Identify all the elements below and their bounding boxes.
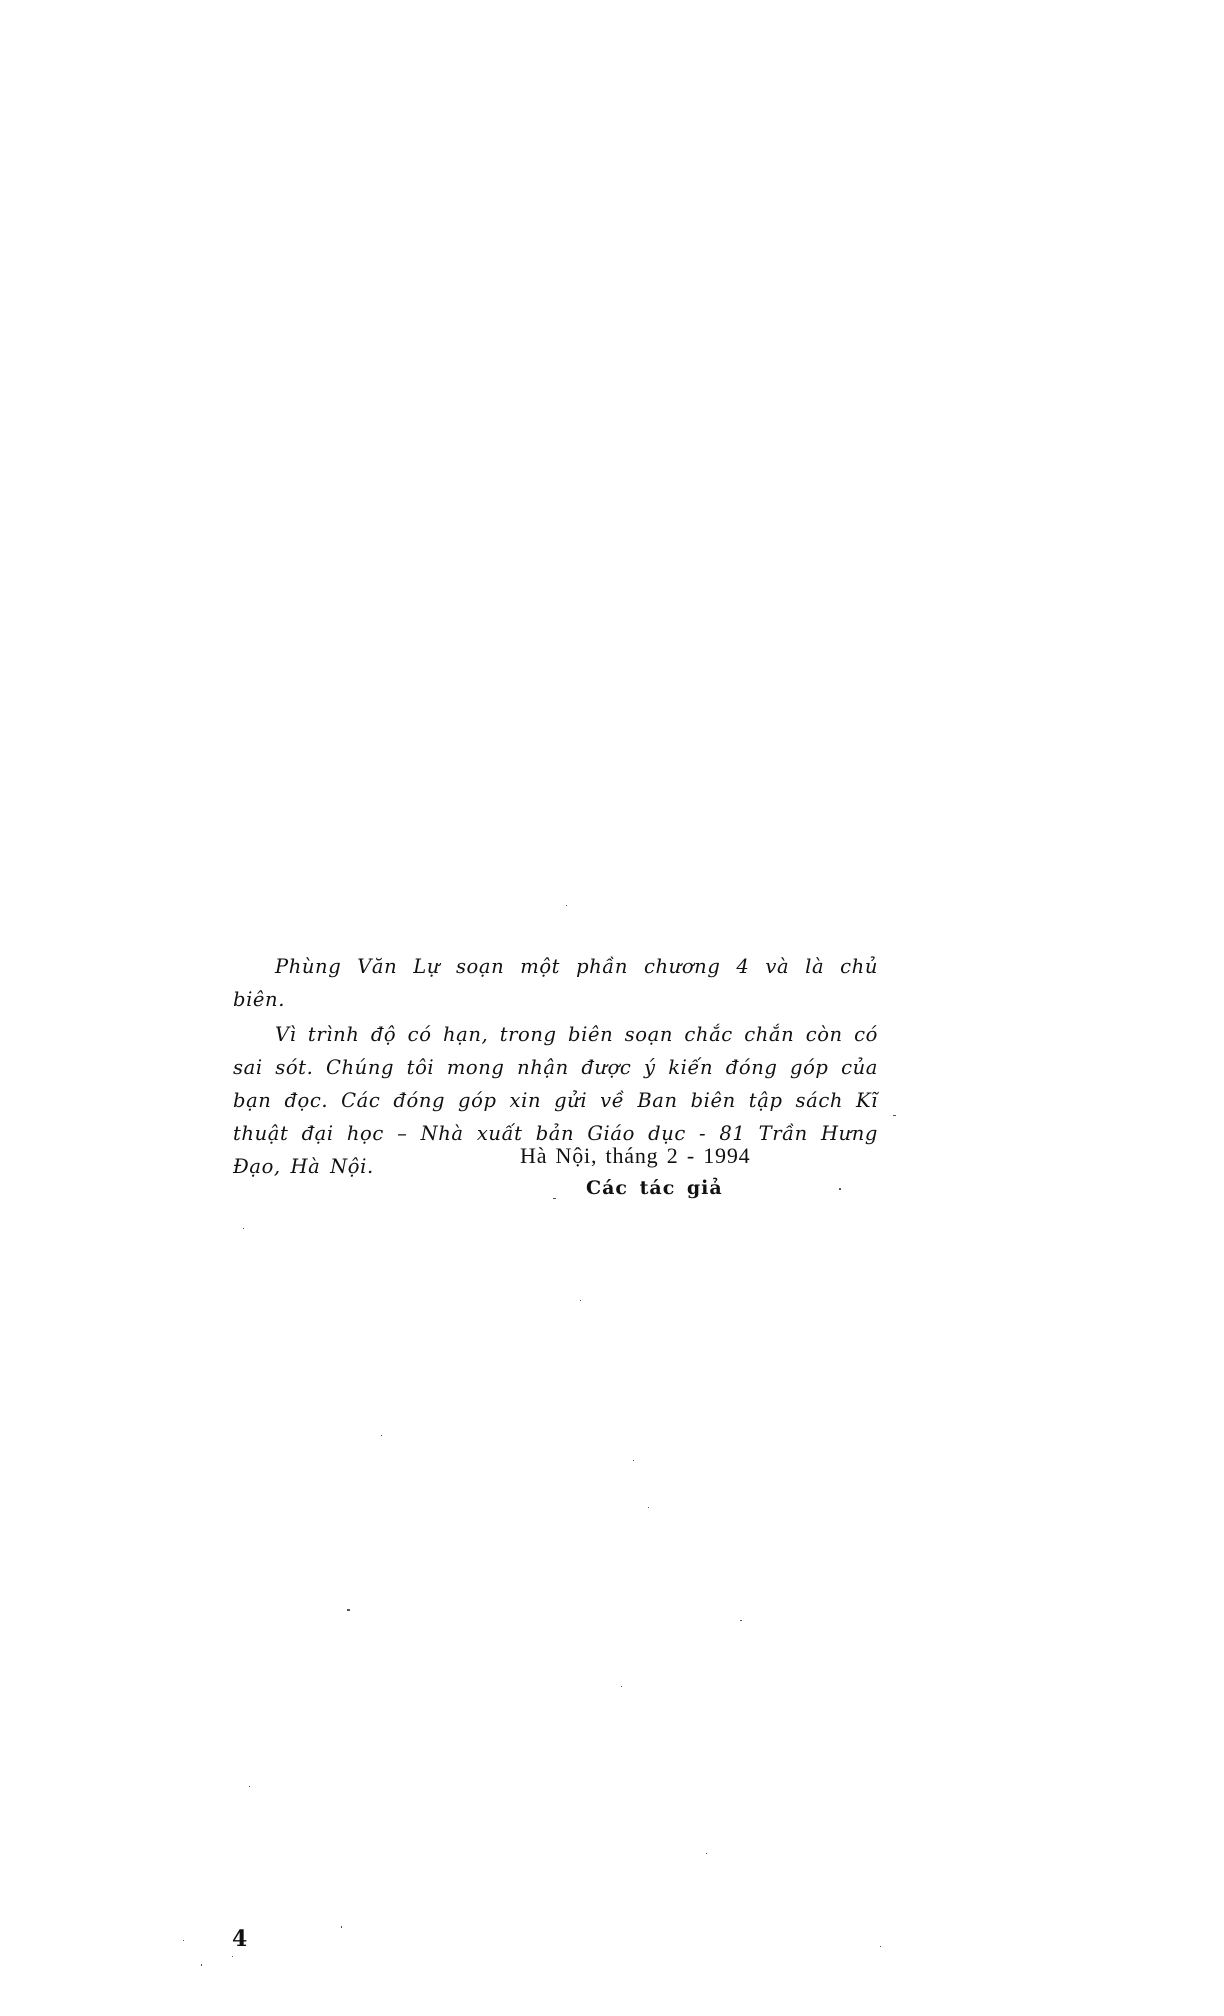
page-number: 4	[232, 1926, 247, 1952]
document-page: Phùng Văn Lự soạn một phần chương 4 và l…	[0, 0, 1224, 2016]
signature-block: Hà Nội, tháng 2 - 1994 Các tác giả	[520, 1140, 820, 1204]
paragraph-editor-note: Phùng Văn Lự soạn một phần chương 4 và l…	[233, 950, 878, 1016]
place-date: Hà Nội, tháng 2 - 1994	[520, 1140, 820, 1172]
authors-signature: Các tác giả	[586, 1172, 820, 1204]
